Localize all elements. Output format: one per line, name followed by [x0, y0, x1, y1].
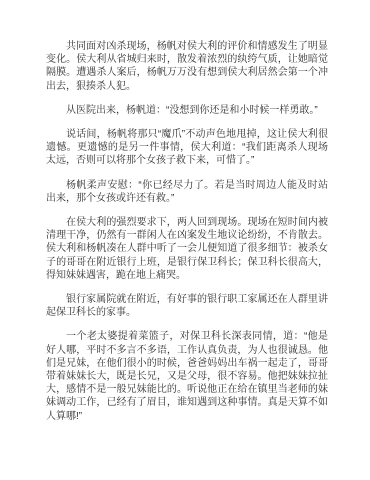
paragraph-2: 从医院出来，杨帆道：“没想到你还是和小时候一样勇敢。”	[46, 104, 328, 117]
paragraph-1: 共同面对凶杀现场，杨帆对侯大利的评价和情感发生了明显变化。侯大利从省城归来时，散…	[46, 40, 328, 93]
paragraph-3: 说话间，杨帆将那只“魔爪”不动声色地甩掉，这让侯大利很遗憾。更遗憾的是另一件事情…	[46, 128, 328, 168]
paragraph-6: 银行家属院就在附近，有好事的银行职工家属还在人群里讲起保卫科长的家事。	[46, 293, 328, 319]
document-page: 共同面对凶杀现场，杨帆对侯大利的评价和情感发生了明显变化。侯大利从省城归来时，散…	[0, 0, 370, 480]
paragraph-7: 一个老太婆提着菜篮子，对保卫科长深表同情，道：“他是好人哪，平时不多言不多语，工…	[46, 330, 328, 422]
paragraph-5: 在侯大利的强烈要求下，两人回到现场。现场在短时间内被清理干净，仍然有一群闲人在凶…	[46, 216, 328, 282]
paragraph-4: 杨帆柔声安慰：“你已经尽力了。若是当时周边人能及时站出来，那个女孩或许还有救。”	[46, 179, 328, 205]
